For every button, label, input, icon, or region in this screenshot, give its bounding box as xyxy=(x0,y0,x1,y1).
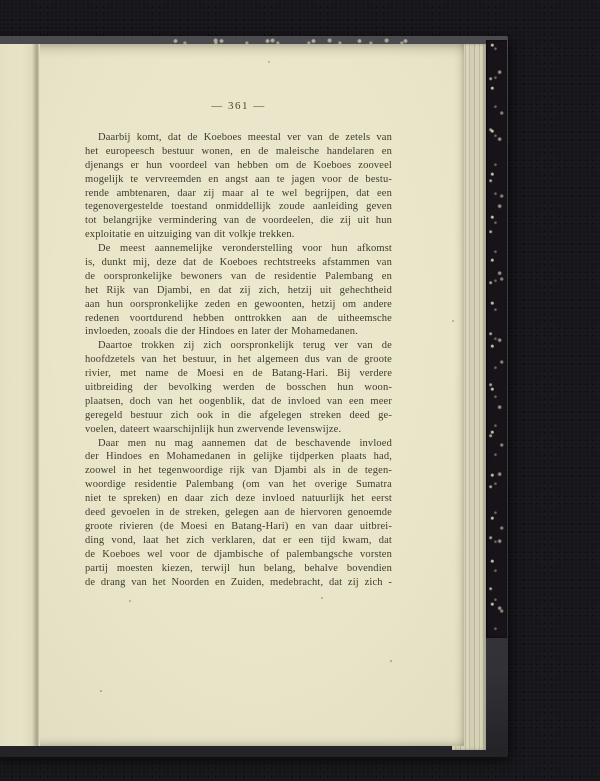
text-line: voelen, dateert waarschijnlijk hun zwerv… xyxy=(85,423,392,437)
text-line: groote rivieren (de Moesi en Batang-Hari… xyxy=(85,520,392,534)
paper-speck xyxy=(452,320,454,322)
text-line: Daarbij komt, dat de Koeboes meestal ver… xyxy=(85,131,392,145)
text-line: rende ambtenaren, daar zij maar al te we… xyxy=(85,187,392,201)
text-line: tegenovergestelde toestand onmiddellijk … xyxy=(85,200,392,214)
text-line: redenen voortdurend hebben onttrokken aa… xyxy=(85,312,392,326)
page-number-header: — 361 — xyxy=(85,100,392,112)
text-line: der Hindoes en Mohamedanen in gelijke ti… xyxy=(85,450,392,464)
text-block: Daarbij komt, dat de Koeboes meestal ver… xyxy=(85,131,392,589)
text-line: de drang van het Noorden en Zuiden, mede… xyxy=(85,576,392,590)
text-line: tot belangrijke vermindering van de voor… xyxy=(85,214,392,228)
text-line: de oorspronkelijke bewoners van de resid… xyxy=(85,270,392,284)
paper-speck xyxy=(390,660,392,662)
paper-speck xyxy=(268,61,270,63)
paragraph: Daar men nu mag aannemen dat de beschave… xyxy=(85,437,392,590)
paper-speck xyxy=(129,600,131,602)
text-line: ding vond, laat het zich verklaren, dat … xyxy=(85,534,392,548)
text-line: is, dunkt mij, deze dat de Koeboes recht… xyxy=(85,256,392,270)
text-line: plaatsen, doch van het oogenblik, dat de… xyxy=(85,395,392,409)
text-line: djenangs er hun voordeel van hebben om d… xyxy=(85,159,392,173)
previous-page-fold xyxy=(0,44,40,746)
text-line: het europeesch bestuur wonen, en de male… xyxy=(85,145,392,159)
text-line: exploitatie en uitzuiging van dit volkje… xyxy=(85,228,392,242)
paragraph: Daartoe trokken zij zich oorspronkelijk … xyxy=(85,339,392,436)
text-line: hoofdzetels van het bestuur, in het alge… xyxy=(85,353,392,367)
text-line: uitbreiding der bevolking werden de boss… xyxy=(85,381,392,395)
text-line: de Koeboes wel voor de djambische of pal… xyxy=(85,548,392,562)
text-line: deed gevoelen in de streken, gelegen aan… xyxy=(85,506,392,520)
text-line: geregeld bestuur zich ook in die afgeleg… xyxy=(85,409,392,423)
text-line: Daar men nu mag aannemen dat de beschave… xyxy=(85,437,392,451)
book-photo: — 361 — Daarbij komt, dat de Koeboes mee… xyxy=(0,0,600,781)
text-line: niet te spreken) en daar zich deze invlo… xyxy=(85,492,392,506)
text-line: aan hun oorspronkelijke zeden en gewoont… xyxy=(85,298,392,312)
text-line: De meest aannemelijke veronderstelling v… xyxy=(85,242,392,256)
text-line: woordige residentie Palembang (om van he… xyxy=(85,478,392,492)
paper-speck xyxy=(100,690,102,692)
text-line: invloeden, zooals die der Hindoes en lat… xyxy=(85,325,392,339)
text-line: zoowel in het tegenwoordige rijk van Dja… xyxy=(85,464,392,478)
paper-speck xyxy=(321,597,323,599)
text-line: partij moesten kiezen, terwijl hun belan… xyxy=(85,562,392,576)
text-line: rivier, met name de Moesi en de Batang-H… xyxy=(85,367,392,381)
text-line: het Rijk van Djambi, en dat zij zich, he… xyxy=(85,284,392,298)
text-line: mogelijk te vervreemden en angst aan te … xyxy=(85,173,392,187)
marbled-cover-edge xyxy=(486,40,507,638)
paragraph: De meest aannemelijke veronderstelling v… xyxy=(85,242,392,339)
text-line: Daartoe trokken zij zich oorspronkelijk … xyxy=(85,339,392,353)
paragraph: Daarbij komt, dat de Koeboes meestal ver… xyxy=(85,131,392,242)
